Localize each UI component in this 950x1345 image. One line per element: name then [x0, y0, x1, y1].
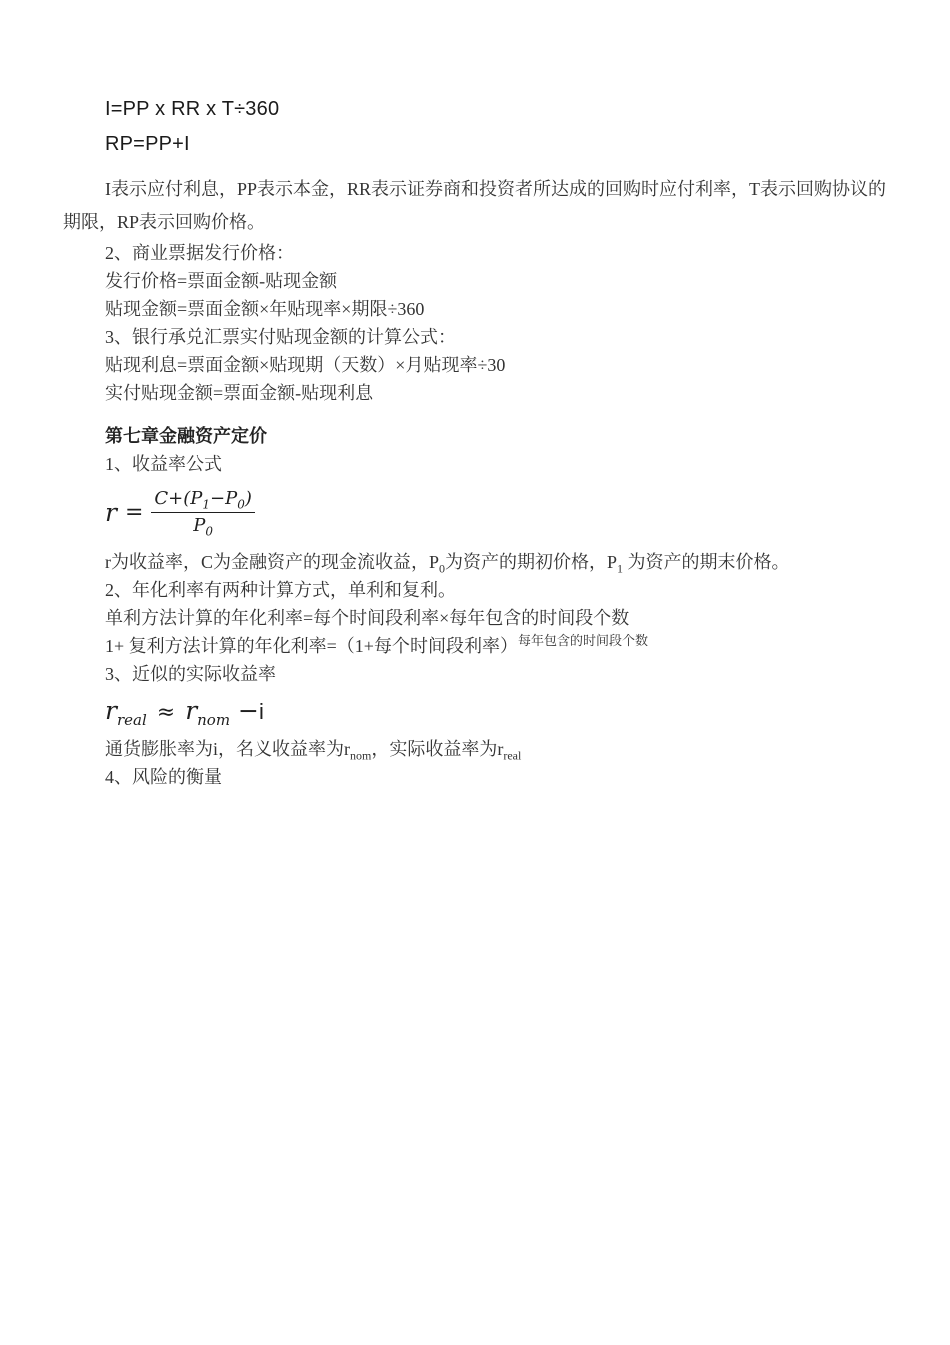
discount-interest-formula: 贴现利息=票面金额×贴现期（天数）×月贴现率÷30 [63, 351, 893, 379]
discount-amount-formula: 贴现金额=票面金额×年贴现率×期限÷360 [63, 295, 893, 323]
repo-explanation: I表示应付利息，PP表示本金，RR表示证券商和投资者所达成的回购时应付利率，T表… [63, 173, 893, 239]
yield-formula-numerator: C+(P1−P0) [151, 488, 255, 513]
bank-acceptance-heading: 3、银行承兑汇票实付贴现金额的计算公式： [63, 323, 893, 351]
chapter7-title: 第七章金融资产定价 [63, 422, 893, 450]
real-yield-heading: 3、近似的实际收益率 [63, 660, 893, 688]
inflation-explanation: 通货膨胀率为i，名义收益率为rnom，实际收益率为rreal [63, 735, 893, 763]
risk-measurement-heading: 4、风险的衡量 [63, 763, 893, 791]
yield-formula-fraction: C+(P1−P0) P0 [151, 488, 255, 536]
paid-discount-formula: 实付贴现金额=票面金额-贴现利息 [63, 379, 893, 407]
yield-formula-equals: = [125, 500, 143, 525]
yield-formula-denominator: P0 [151, 513, 255, 536]
yield-explanation: r为收益率，C为金融资产的现金流收益，P0为资产的期初价格，P1 为资产的期末价… [63, 548, 893, 576]
yield-formula-lhs: r [105, 498, 117, 527]
real-yield-formula: rreal≈rnom −i [63, 696, 893, 725]
compound-exponent: 每年包含的时间段个数 [518, 633, 648, 648]
issue-price-formula: 发行价格=票面金额-贴现金额 [63, 267, 893, 295]
repo-interest-formula: I=PP x RR x T÷360 [63, 92, 893, 127]
compound-interest-line: 1+ 复利方法计算的年化利率=（1+每个时间段利率）每年包含的时间段个数 [63, 632, 893, 660]
simple-interest-line: 单利方法计算的年化利率=每个时间段利率×每年包含的时间段个数 [63, 604, 893, 632]
repo-price-formula: RP=PP+I [63, 127, 893, 162]
commercial-paper-heading: 2、商业票据发行价格： [63, 239, 893, 267]
annualized-rate-line: 2、年化利率有两种计算方式，单利和复利。 [63, 576, 893, 604]
document-page: I=PP x RR x T÷360 RP=PP+I I表示应付利息，PP表示本金… [0, 0, 950, 1345]
document-content: I=PP x RR x T÷360 RP=PP+I I表示应付利息，PP表示本金… [0, 0, 950, 791]
yield-rate-formula: r = C+(P1−P0) P0 [63, 488, 893, 536]
chapter7-item1-heading: 1、收益率公式 [63, 450, 893, 478]
